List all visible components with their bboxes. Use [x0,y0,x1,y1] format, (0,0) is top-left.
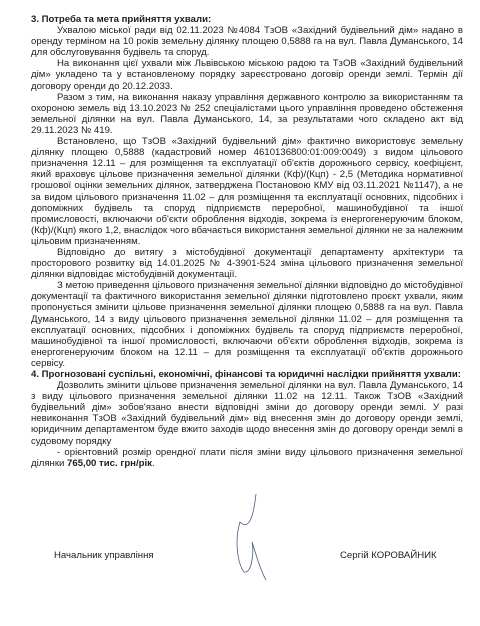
section-3-paragraph-5: Відповідно до витягу з містобудівної док… [31,247,463,280]
signatory-title: Начальник управління [54,550,154,561]
section-3-paragraph-6: З метою приведення цільового призначення… [31,280,463,369]
section-3-paragraph-1: Ухвалою міської ради від 02.11.2023 №408… [31,25,463,58]
section-3-paragraph-2: На виконання цієї ухвали між Львівською … [31,58,463,91]
section-3-heading: 3. Потреба та мета прийняття ухвали: [31,14,463,25]
section-4-heading: 4. Прогнозовані суспільні, економічні, ф… [31,369,463,380]
section-3-paragraph-4: Встановлено, що ТзОВ «Західний будівельн… [31,136,463,247]
section-4-paragraph-1: Дозволить змінити цільове призначення зе… [31,380,463,447]
rent-estimate-value: 765,00 тис. грн/рік [67,458,152,469]
section-3-paragraph-3: Разом з тим, на виконання наказу управлі… [31,92,463,136]
rent-estimate-line: - орієнтовний розмір орендної плати післ… [31,447,463,469]
signatory-name: Сергій КОРОВАЙНИК [340,550,437,561]
handwritten-signature-icon [230,492,280,582]
rent-estimate-suffix: . [152,458,155,469]
document-body: 3. Потреба та мета прийняття ухвали: Ухв… [31,14,463,469]
